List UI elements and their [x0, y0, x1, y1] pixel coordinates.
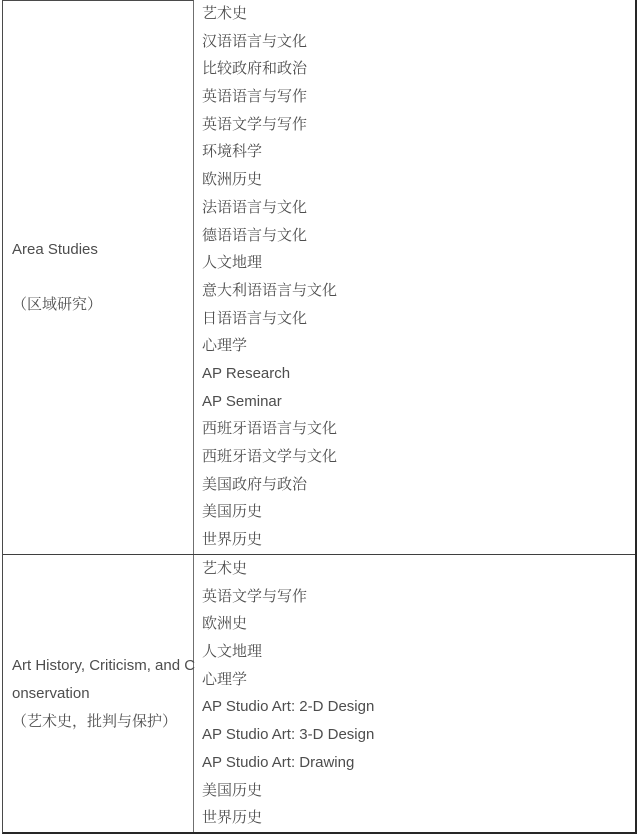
- course-label: 美国历史: [202, 782, 262, 799]
- course-label: 西班牙语文学与文化: [202, 448, 337, 465]
- ap-course-table: Area Studies （区域研究） 艺术史 汉语语言与文化 比较政府和政治: [2, 0, 637, 834]
- category-name-en-line1: Art History, Criticism, and C: [12, 652, 187, 680]
- course-item: 法语语言与文化: [202, 194, 635, 222]
- course-item: 德语语言与文化: [202, 222, 635, 250]
- course-label: AP Studio Art: Drawing: [202, 754, 354, 771]
- course-item: 欧洲史: [202, 610, 635, 638]
- course-item: 心理学: [202, 332, 635, 360]
- course-item: 日语语言与文化: [202, 305, 635, 333]
- course-item: 世界历史: [202, 526, 635, 554]
- course-item: 美国历史: [202, 777, 635, 805]
- course-item: 美国政府与政治: [202, 471, 635, 499]
- course-item: 世界历史: [202, 804, 635, 832]
- course-item: 汉语语言与文化: [202, 28, 635, 56]
- table-row-area-studies: Area Studies （区域研究） 艺术史 汉语语言与文化 比较政府和政治: [3, 0, 635, 555]
- category-name-en-line2: onservation: [12, 680, 187, 708]
- course-item: 英语文学与写作: [202, 583, 635, 611]
- category-name-en: Area Studies: [12, 236, 187, 264]
- course-label: 心理学: [202, 671, 247, 688]
- course-label: 欧洲历史: [202, 171, 262, 188]
- course-label: 日语语言与文化: [202, 310, 307, 327]
- table-row-art-history: Art History, Criticism, and C onservatio…: [3, 555, 635, 832]
- course-label: 心理学: [202, 337, 247, 354]
- course-label: 汉语语言与文化: [202, 33, 307, 50]
- course-label: AP Studio Art: 3-D Design: [202, 726, 374, 743]
- category-name-cn: （艺术史，批判与保护）: [12, 708, 187, 736]
- course-item: 意大利语语言与文化: [202, 277, 635, 305]
- course-label: 欧洲史: [202, 615, 247, 632]
- course-item: AP Studio Art: Drawing: [202, 749, 635, 777]
- course-item: 英语语言与写作: [202, 83, 635, 111]
- course-label: 美国历史: [202, 503, 262, 520]
- course-label: 艺术史: [202, 5, 247, 22]
- category-cell-art-history: Art History, Criticism, and C onservatio…: [3, 555, 194, 832]
- course-label: 环境科学: [202, 143, 262, 160]
- page: Area Studies （区域研究） 艺术史 汉语语言与文化 比较政府和政治: [0, 0, 640, 836]
- course-item: 环境科学: [202, 138, 635, 166]
- course-label: 人文地理: [202, 643, 262, 660]
- course-item: 美国历史: [202, 498, 635, 526]
- course-item: AP Research: [202, 360, 635, 388]
- course-item: 艺术史: [202, 0, 635, 28]
- course-label: 世界历史: [202, 809, 262, 826]
- courses-cell-area-studies: 艺术史 汉语语言与文化 比较政府和政治 英语语言与写作: [194, 0, 635, 554]
- course-label: AP Studio Art: 2-D Design: [202, 698, 374, 715]
- course-label: 人文地理: [202, 254, 262, 271]
- course-item: AP Studio Art: 2-D Design: [202, 693, 635, 721]
- course-label: 西班牙语语言与文化: [202, 420, 337, 437]
- course-item: 人文地理: [202, 638, 635, 666]
- category-cell-area-studies: Area Studies （区域研究）: [3, 0, 194, 554]
- course-item: 心理学: [202, 666, 635, 694]
- course-label: 意大利语语言与文化: [202, 282, 337, 299]
- course-label: AP Research: [202, 365, 290, 382]
- course-item: 比较政府和政治: [202, 55, 635, 83]
- course-item: 英语文学与写作: [202, 111, 635, 139]
- course-item: 西班牙语语言与文化: [202, 415, 635, 443]
- course-item: 西班牙语文学与文化: [202, 443, 635, 471]
- course-label: 世界历史: [202, 531, 262, 548]
- course-label: 法语语言与文化: [202, 199, 307, 216]
- course-label: AP Seminar: [202, 393, 282, 410]
- courses-cell-art-history: 艺术史 英语文学与写作 欧洲史 人文地理 心理学: [194, 555, 635, 832]
- course-label: 德语语言与文化: [202, 227, 307, 244]
- course-item: 人文地理: [202, 249, 635, 277]
- course-label: 英语文学与写作: [202, 588, 307, 605]
- course-item: AP Studio Art: 3-D Design: [202, 721, 635, 749]
- course-item: 欧洲历史: [202, 166, 635, 194]
- category-name-cn: （区域研究）: [12, 291, 187, 319]
- course-label: 比较政府和政治: [202, 60, 307, 77]
- course-item: AP Seminar: [202, 388, 635, 416]
- course-label: 英语语言与写作: [202, 88, 307, 105]
- course-label: 艺术史: [202, 560, 247, 577]
- course-label: 英语文学与写作: [202, 116, 307, 133]
- course-label: 美国政府与政治: [202, 476, 307, 493]
- course-item: 艺术史: [202, 555, 635, 583]
